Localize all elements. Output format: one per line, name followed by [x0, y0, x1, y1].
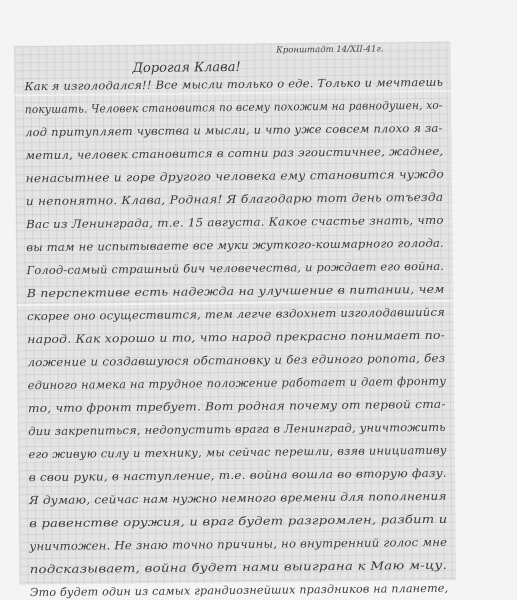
letter-line: Это будет один из самых грандиознейших п…: [30, 582, 448, 599]
letter-line: дии закрепиться, недопустить врага в Лен…: [28, 421, 446, 438]
letter-line: в равенстве оружия, и враг будет разгром…: [29, 513, 447, 530]
letter-line: уничтожен. Не знаю точно причины, но вну…: [29, 536, 447, 553]
letter-line: ненасытнее и горе другого человека ему с…: [26, 168, 445, 185]
letter-line: единого намека на трудное положение рабо…: [28, 375, 447, 392]
letter-line: вы там не испытываете все муки жуткого-к…: [26, 237, 444, 254]
letter-line: подсказывает, война будет нами выиграна …: [30, 559, 448, 576]
letter-line: скорее оно осуществится, тем легче вздох…: [27, 306, 445, 323]
letter-line: Я думаю, сейчас нам нужно немного времен…: [29, 490, 447, 507]
letter-line: в свои руки, в наступление, т.е. война в…: [29, 467, 447, 484]
paper-fold-crease: [17, 300, 453, 307]
letter-line: Вас из Ленинграда, т.е. 15 августа. Како…: [26, 214, 444, 231]
letter-line: В перспективе есть надежда на улучшение …: [27, 283, 445, 300]
letter-line: и непонятно. Клава, Родная! Я благодарю …: [26, 191, 444, 208]
letter-dateline: Кронштадт 14/XII-41г.: [276, 44, 383, 55]
letter-page: Кронштадт 14/XII-41г. Дорогая Клава! Как…: [14, 42, 456, 585]
letter-line: народ. Как хорошо и то, что народ прекра…: [27, 329, 445, 346]
letter-line: ложение и создавшуюся обстановку и без е…: [27, 352, 445, 369]
letter-line: Голод-самый страшный бич человечества, и…: [26, 260, 444, 277]
letter-line: его живую силу и технику, мы сейчас пере…: [28, 444, 446, 461]
letter-line: лод притупляет чувства и мысли, и что уж…: [25, 122, 443, 139]
letter-salutation: Дорогая Клава!: [132, 60, 240, 76]
letter-line: метил, человек становится в сотни раз эг…: [25, 145, 443, 162]
letter-line: покушать. Человек становится по всему по…: [25, 99, 443, 116]
letter-line: то, что фронт требует. Вот родная почему…: [28, 398, 446, 415]
